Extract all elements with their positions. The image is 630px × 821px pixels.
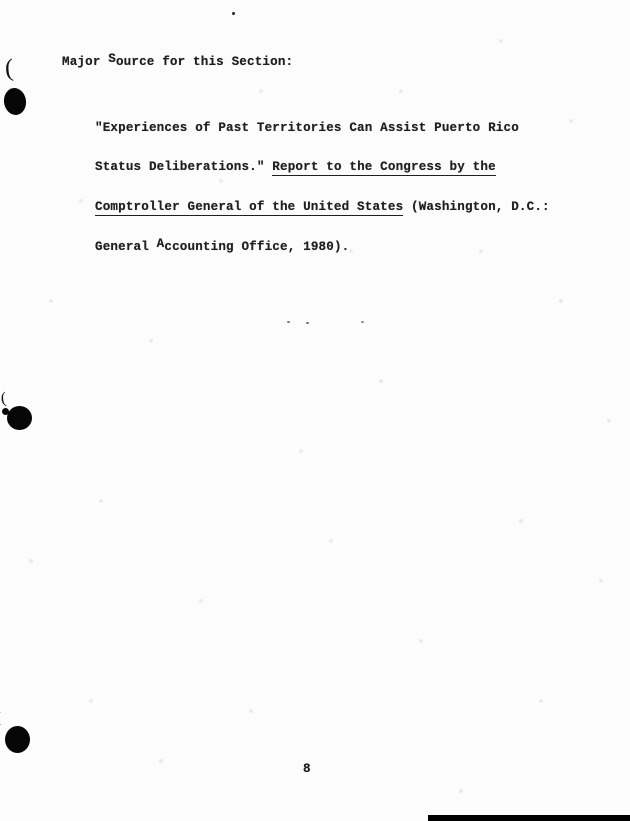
citation-line-4-pre: General: [95, 240, 157, 254]
citation-line-3-plain: (Washington, D.C.:: [403, 200, 549, 214]
scanned-document-page: Major Source for this Section: "Experien…: [0, 0, 630, 821]
page-number: 8: [303, 763, 311, 776]
pen-mark-paren-middle: (: [0, 390, 7, 408]
citation-line-2-plain: Status Deliberations.": [95, 160, 272, 174]
citation-line-1: "Experiences of Past Territories Can Ass…: [95, 122, 550, 135]
citation-line-2: Status Deliberations." Report to the Con…: [95, 161, 550, 174]
hole-punch-dot-top: [2, 87, 28, 117]
citation-line-1-text: "Experiences of Past Territories Can Ass…: [95, 121, 519, 135]
citation-line-4: General Accounting Office, 1980).: [95, 241, 550, 254]
citation-line-2-underlined-title: Report to the Congress by the: [272, 160, 496, 176]
hole-punch-dot-bottom: [5, 726, 30, 753]
heading-text-post: ource for this Section:: [116, 55, 293, 69]
scan-speck: [306, 322, 309, 324]
hole-punch-dot-middle-nub: [2, 408, 9, 415]
citation-line-4-post: ccounting Office, 1980).: [164, 240, 349, 254]
citation-line-4-raised-letter: A: [157, 237, 165, 251]
citation-line-3-underlined-title: Comptroller General of the United States: [95, 200, 403, 216]
scan-speck: [287, 321, 290, 323]
scan-speck: [361, 321, 364, 323]
scan-speck: [232, 12, 235, 15]
citation-block: "Experiences of Past Territories Can Ass…: [95, 95, 550, 281]
scanner-edge-bar: [428, 815, 630, 821]
pen-mark-paren-bottom: (: [0, 710, 1, 727]
photocopy-speckle-texture: [0, 0, 2, 2]
heading-raised-letter: S: [108, 52, 116, 66]
heading-text-pre: Major: [62, 55, 108, 69]
pen-mark-paren-top: (: [4, 55, 14, 84]
hole-punch-dot-middle: [7, 406, 32, 430]
section-heading: Major Source for this Section:: [62, 56, 293, 69]
citation-line-3: Comptroller General of the United States…: [95, 201, 550, 214]
